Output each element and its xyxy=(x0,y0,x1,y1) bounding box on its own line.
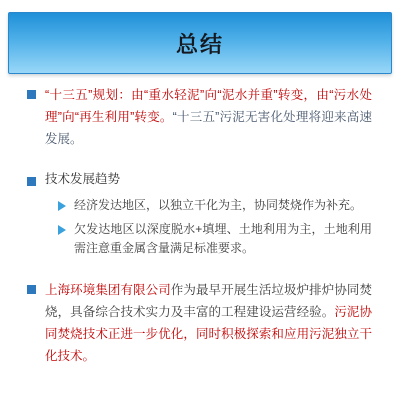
slide-title-bar: 总结 xyxy=(8,12,392,74)
section-plan: “十三五”规划：由“重水轻泥”向“泥水并重”转变，由“污水处理”向“再生利用”转… xyxy=(27,84,372,150)
section-trends: 技术发展趋势 经济发达地区，以独立干化为主，协同焚烧作为补充。 欠发达地区以深度… xyxy=(27,171,372,263)
trend-item-text: 经济发达地区，以独立干化为主，协同焚烧作为补充。 xyxy=(74,196,362,216)
bullet-square-icon xyxy=(27,177,36,186)
plan-text: “十三五”规划：由“重水轻泥”向“泥水并重”转变，由“污水处理”向“再生利用”转… xyxy=(45,84,372,150)
section-company: 上海环境集团有限公司作为最早开展生活垃圾炉排炉协同焚烧，具备综合技术实力及丰富的… xyxy=(27,279,372,367)
bullet-square-icon xyxy=(27,285,36,294)
arrow-bullet-icon xyxy=(58,201,66,211)
trend-item-developed: 经济发达地区，以独立干化为主，协同焚烧作为补充。 xyxy=(58,196,372,216)
bullet-square-icon xyxy=(27,90,36,99)
company-text: 上海环境集团有限公司作为最早开展生活垃圾炉排炉协同焚烧，具备综合技术实力及丰富的… xyxy=(45,279,372,367)
trend-item-less-developed: 欠发达地区以深度脱水+填埋、土地利用为主，土地利用需注意重金属含量满足标准要求。 xyxy=(58,220,372,259)
trend-item-text: 欠发达地区以深度脱水+填埋、土地利用为主，土地利用需注意重金属含量满足标准要求。 xyxy=(74,220,372,259)
arrow-bullet-icon xyxy=(58,225,66,235)
trends-heading: 技术发展趋势 xyxy=(45,171,372,187)
company-name-red-segment: 上海环境集团有限公司 xyxy=(45,283,171,297)
slide-title: 总结 xyxy=(176,28,224,59)
presentation-slide: 总结 “十三五”规划：由“重水轻泥”向“泥水并重”转变，由“污水处理”向“再生利… xyxy=(0,0,400,400)
